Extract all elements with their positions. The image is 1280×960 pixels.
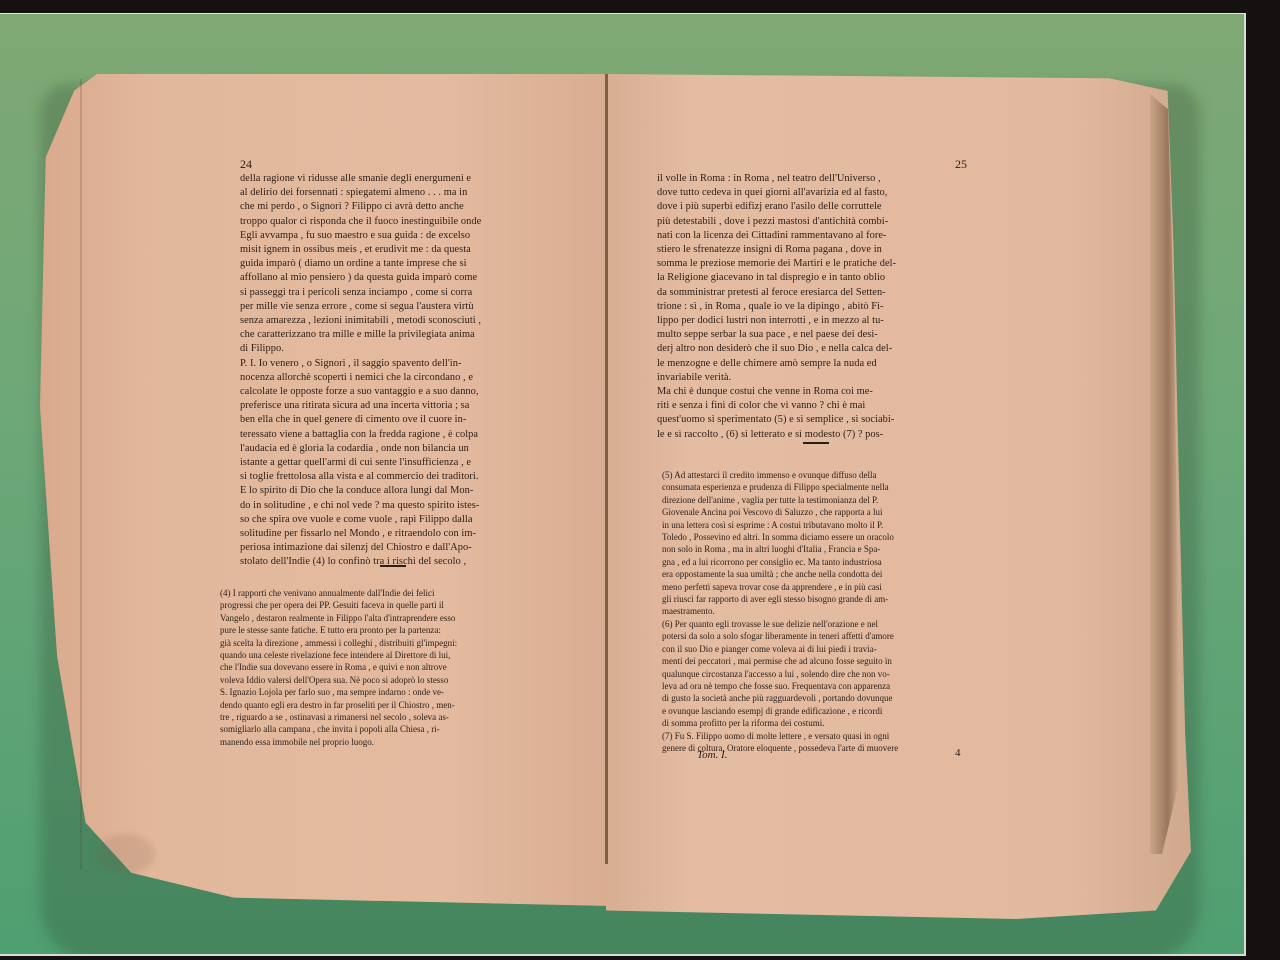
footnote-line: (7) Fu S. Filippo uomo di molte lettere … [662,730,1007,742]
footnote-line: Toledo , Possevino ed altri. In somma di… [662,531,1007,543]
text-line: si passeggi tra i pericoli senza inciamp… [240,286,558,300]
text-line: P. I. Io venero , o Signori , il saggio … [240,357,558,371]
text-line: stolato dell'Indie (4) lo confinò tra i … [240,555,558,569]
footnote-line: di gusto la società anche più ragguardev… [662,692,1007,704]
text-line: derj altro non desiderò che il suo Dio ,… [657,342,990,356]
text-line: le menzogne e delle chimere amò sempre l… [657,357,990,371]
text-line: preferisce una ritirata sicura ad una in… [240,399,558,413]
text-line: istante a gettar quell'armi di cui sente… [240,456,558,470]
text-line: la Religione giacevano in tal dispregio … [657,271,990,285]
left-page-number: 24 [240,157,252,172]
footnote-line: non solo in Roma , ma in altri luoghi d'… [662,543,1007,555]
footnote-line: (5) Ad attestarci il credito immenso e o… [662,469,1007,481]
footnote-line: tre , riguardo a se , ostinavasi a riman… [220,711,565,723]
footnote-line: voleva Iddio valersi dell'Opera sua. Nè … [220,674,565,686]
footnote-line: (6) Per quanto egli trovasse le sue deli… [662,618,1007,630]
footnote-line: leva ad ora nè tempo che fosse suo. Freq… [662,680,1007,692]
text-line: misit ignem in ossibus meis , et erudivi… [240,243,558,257]
right-page-number: 25 [955,157,967,172]
text-line: somma le preziose memorie dei Martiri e … [657,257,990,271]
book-spine [605,74,608,864]
signature-mark: 4 [955,747,961,759]
footnote-line: somigliarlo alla campana , che invita i … [220,723,565,735]
footnote-line: manendo essa immobile nel proprio luogo. [220,736,565,748]
text-line: più detestabili , dove i pezzi mastosi d… [657,215,990,229]
footnote-line: gli riuscì far rapporto di aver egli ste… [662,593,1007,605]
text-line: quest'uomo sì sperimentato (5) e sì semp… [657,413,990,427]
footnote-line: Vangelo , destaron realmente in Filippo … [220,612,565,624]
text-line: della ragione vi ridusse alle smanie deg… [240,172,558,186]
footnote-line: S. Ignazio Lojola per farlo suo , ma sem… [220,686,565,698]
text-line: so che spira ove vuole e come vuole , ra… [240,513,558,527]
left-page-body-text: della ragione vi ridusse alle smanie deg… [240,172,558,570]
text-line: invariabile verità. [657,371,990,385]
text-line: solitudine per fissarlo nel Mondo , e ri… [240,527,558,541]
text-line: si toglie frettolosa alla vista e al com… [240,470,558,484]
text-line: che caratterizzano tra mille e mille la … [240,328,558,342]
text-line: dove tutto cedeva in quei giorni all'ava… [657,186,990,200]
text-line: lippo per dodici lustri non interrotti ,… [657,314,990,328]
text-line: Egli avvampa , fu suo maestro e sua guid… [240,229,558,243]
text-line: al delirio dei forsennati : spiegatemi a… [240,186,558,200]
footnote-line: già scelta la direzione , ammessi i coll… [220,637,565,649]
footnote-line: progressi che per opera dei PP. Gesuiti … [220,599,565,611]
footnote-line: direzione dell'anime , vaglia per tutte … [662,494,1007,506]
text-line: stiero le sfrenatezze insigni di Roma pa… [657,243,990,257]
footnote-line: gna , ed a lui ricorrono per consiglio e… [662,556,1007,568]
text-line: guida imparò ( diamo un ordine a tante i… [240,257,558,271]
footnote-line: maestramento. [662,605,1007,617]
text-line: calcolate le opposte forze a suo vantagg… [240,385,558,399]
footnote-line: menti dei peccatori , mai permise che ad… [662,655,1007,667]
footnote-line: Giovenale Ancina poi Vescovo di Saluzzo … [662,506,1007,518]
footnote-line: qualunque circostanza l'accesso a lui , … [662,668,1007,680]
footnote-line: dendo quanto egli era destro in far pros… [220,699,565,711]
text-line: troppo qualor ci risponda che il fuoco i… [240,215,558,229]
text-line: dove i più superbi edifizj erano l'asilo… [657,200,990,214]
text-line: senza amarezza , lezioni inimitabili , m… [240,314,558,328]
text-line: ben ella che in quel genere di cimento o… [240,413,558,427]
footnote-line: pure le stesse sante fatiche. E tutto er… [220,624,565,636]
paper-stain [95,834,155,874]
right-page-footnote: (5) Ad attestarci il credito immenso e o… [662,469,1007,754]
text-line: per mille vie senza errore , come si seg… [240,300,558,314]
text-line: E lo spirito di Dio che la conduce allor… [240,484,558,498]
footnote-line: consumata esperienza e prudenza di Filip… [662,481,1007,493]
footnote-line: era oppostamente la sua umiltà ; che anc… [662,568,1007,580]
text-line: nocenza allorchè scoperti i nemici che l… [240,371,558,385]
text-line: da somministrar pretesti al feroce eresi… [657,286,990,300]
left-section-rule [380,565,406,567]
footnote-line: e ovunque lasciando esempj di grande edi… [662,705,1007,717]
photo-background: 24 della ragione vi ridusse alle smanie … [0,13,1246,956]
right-section-rule [803,442,829,444]
footnote-line: di somma profitto per la riforma dei cos… [662,717,1007,729]
text-line: periosa intimazione dai silenzj del Chio… [240,541,558,555]
text-line: teressato viene a battaglia con la fredd… [240,428,558,442]
text-line: trione : sì , in Roma , quale io ve la d… [657,300,990,314]
text-line: le e sì raccolto , (6) sì letterato e sì… [657,428,990,442]
text-line: Ma chi è dunque costui che venne in Roma… [657,385,990,399]
text-line: do in solitudine , e chi nol vede ? ma q… [240,499,558,513]
text-line: affollano al mio pensiero ) da questa gu… [240,271,558,285]
right-page-body-text: il volle in Roma : in Roma , nel teatro … [657,172,990,442]
footnote-line: (4) I rapporti che venivano annualmente … [220,587,565,599]
footnote-line: con il suo Dio e pianger come voleva ai … [662,643,1007,655]
text-line: nati con la licenza dei Cittadini rammen… [657,229,990,243]
footnote-line: meno perfetti sapeva trovar cose da appr… [662,581,1007,593]
signature-volume-label: Tom. I. [697,749,727,761]
text-line: di Filippo. [240,342,558,356]
text-line: che mi perdo , o Signori ? Filippo ci av… [240,200,558,214]
text-line: multo seppe serbar la sua pace , e nel p… [657,328,990,342]
text-line: riti e senza i fini di color che vi vann… [657,399,990,413]
footnote-line: che l'Indie sua dovevano essere in Roma … [220,661,565,673]
text-line: l'audacia ed è gloria la codardia , onde… [240,442,558,456]
footnote-line: quando una celeste rivelazione fece inte… [220,649,565,661]
left-page-footnote: (4) I rapporti che venivano annualmente … [220,587,565,748]
footnote-line: in una lettera così si esprime : A costu… [662,519,1007,531]
text-line: il volle in Roma : in Roma , nel teatro … [657,172,990,186]
footnote-line: potersi da solo a solo sfogar liberament… [662,630,1007,642]
